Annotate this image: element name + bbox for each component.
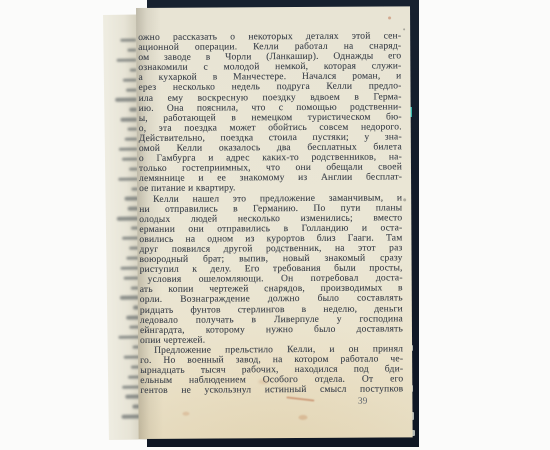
blurred-text-mark — [119, 147, 138, 151]
blurred-text-mark — [117, 217, 139, 221]
blurred-text-mark — [127, 48, 136, 52]
foxing-stain — [298, 415, 307, 420]
foxing-stain — [388, 16, 391, 19]
paper-speck — [403, 28, 405, 30]
foxing-stain — [258, 379, 268, 384]
book-photo: { "page": { "number": "39", "lines": [ {… — [0, 0, 550, 450]
blurred-text-mark — [120, 118, 137, 122]
blurred-text-mark — [120, 39, 136, 43]
blurred-text-mark — [117, 58, 137, 62]
blurred-text-mark — [115, 98, 137, 102]
text-line: гентов не ускользнул истинный смысл пост… — [140, 385, 403, 397]
book-page: ожно рассказать о некоторых деталях этой… — [136, 6, 413, 439]
foxing-stain — [182, 412, 189, 416]
blurred-text-mark — [122, 157, 138, 161]
page-text: ожно рассказать о некоторых деталях этой… — [138, 31, 403, 396]
paper-speck — [403, 198, 406, 201]
blurred-text-mark — [123, 78, 137, 82]
blurred-text-mark — [118, 177, 138, 181]
page-number: 39 — [140, 396, 403, 408]
blurred-text-mark — [126, 88, 137, 92]
